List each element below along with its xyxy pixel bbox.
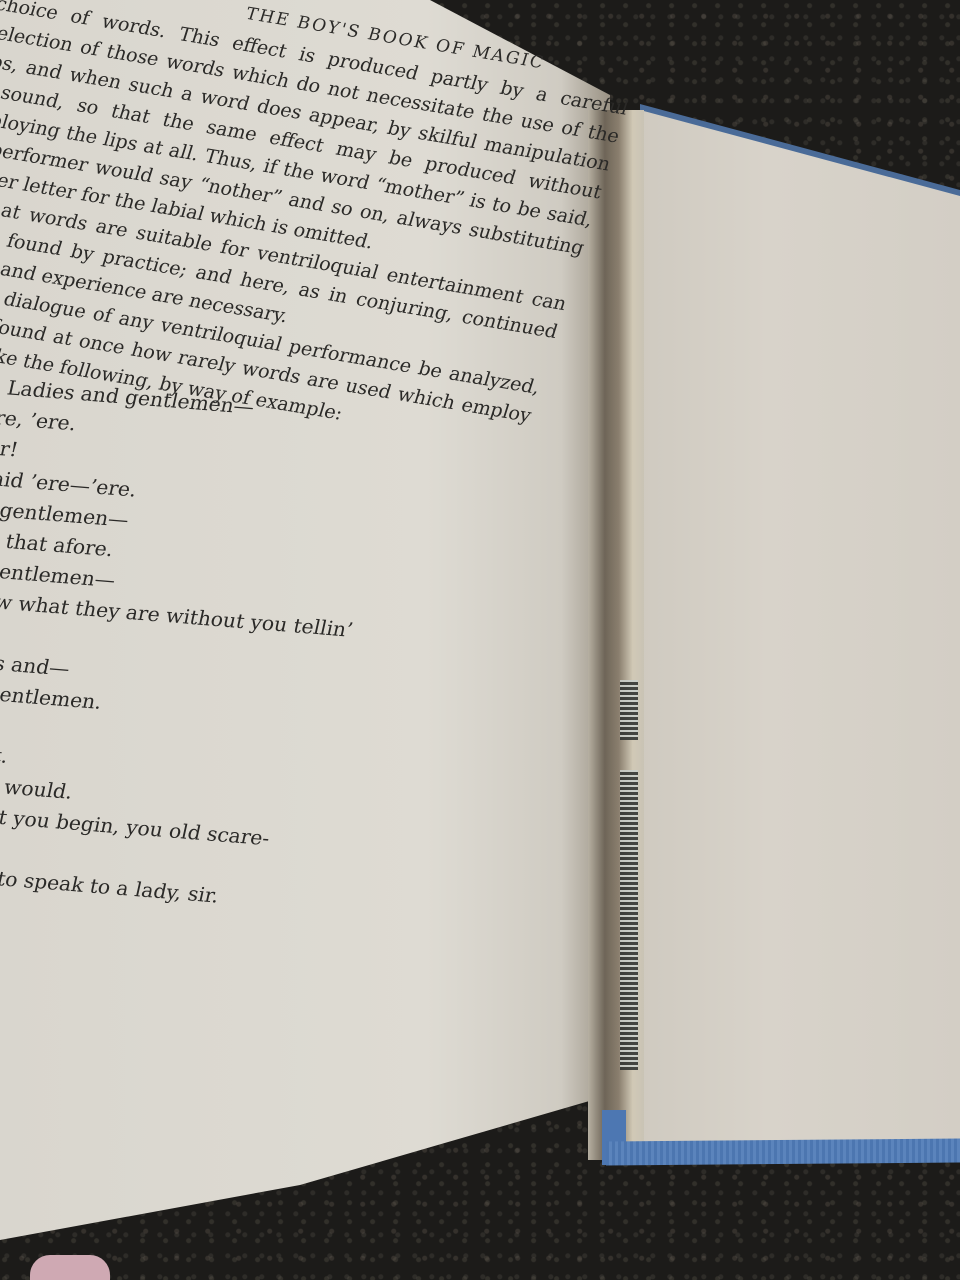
spine-mesh — [620, 770, 638, 1070]
thumb — [30, 1255, 110, 1280]
right-endpaper — [640, 0, 960, 1280]
line-text: ’Ere, ’ere. — [0, 404, 79, 436]
spine-mesh — [620, 680, 638, 740]
blue-cloth-cover-edge — [606, 1138, 960, 1165]
